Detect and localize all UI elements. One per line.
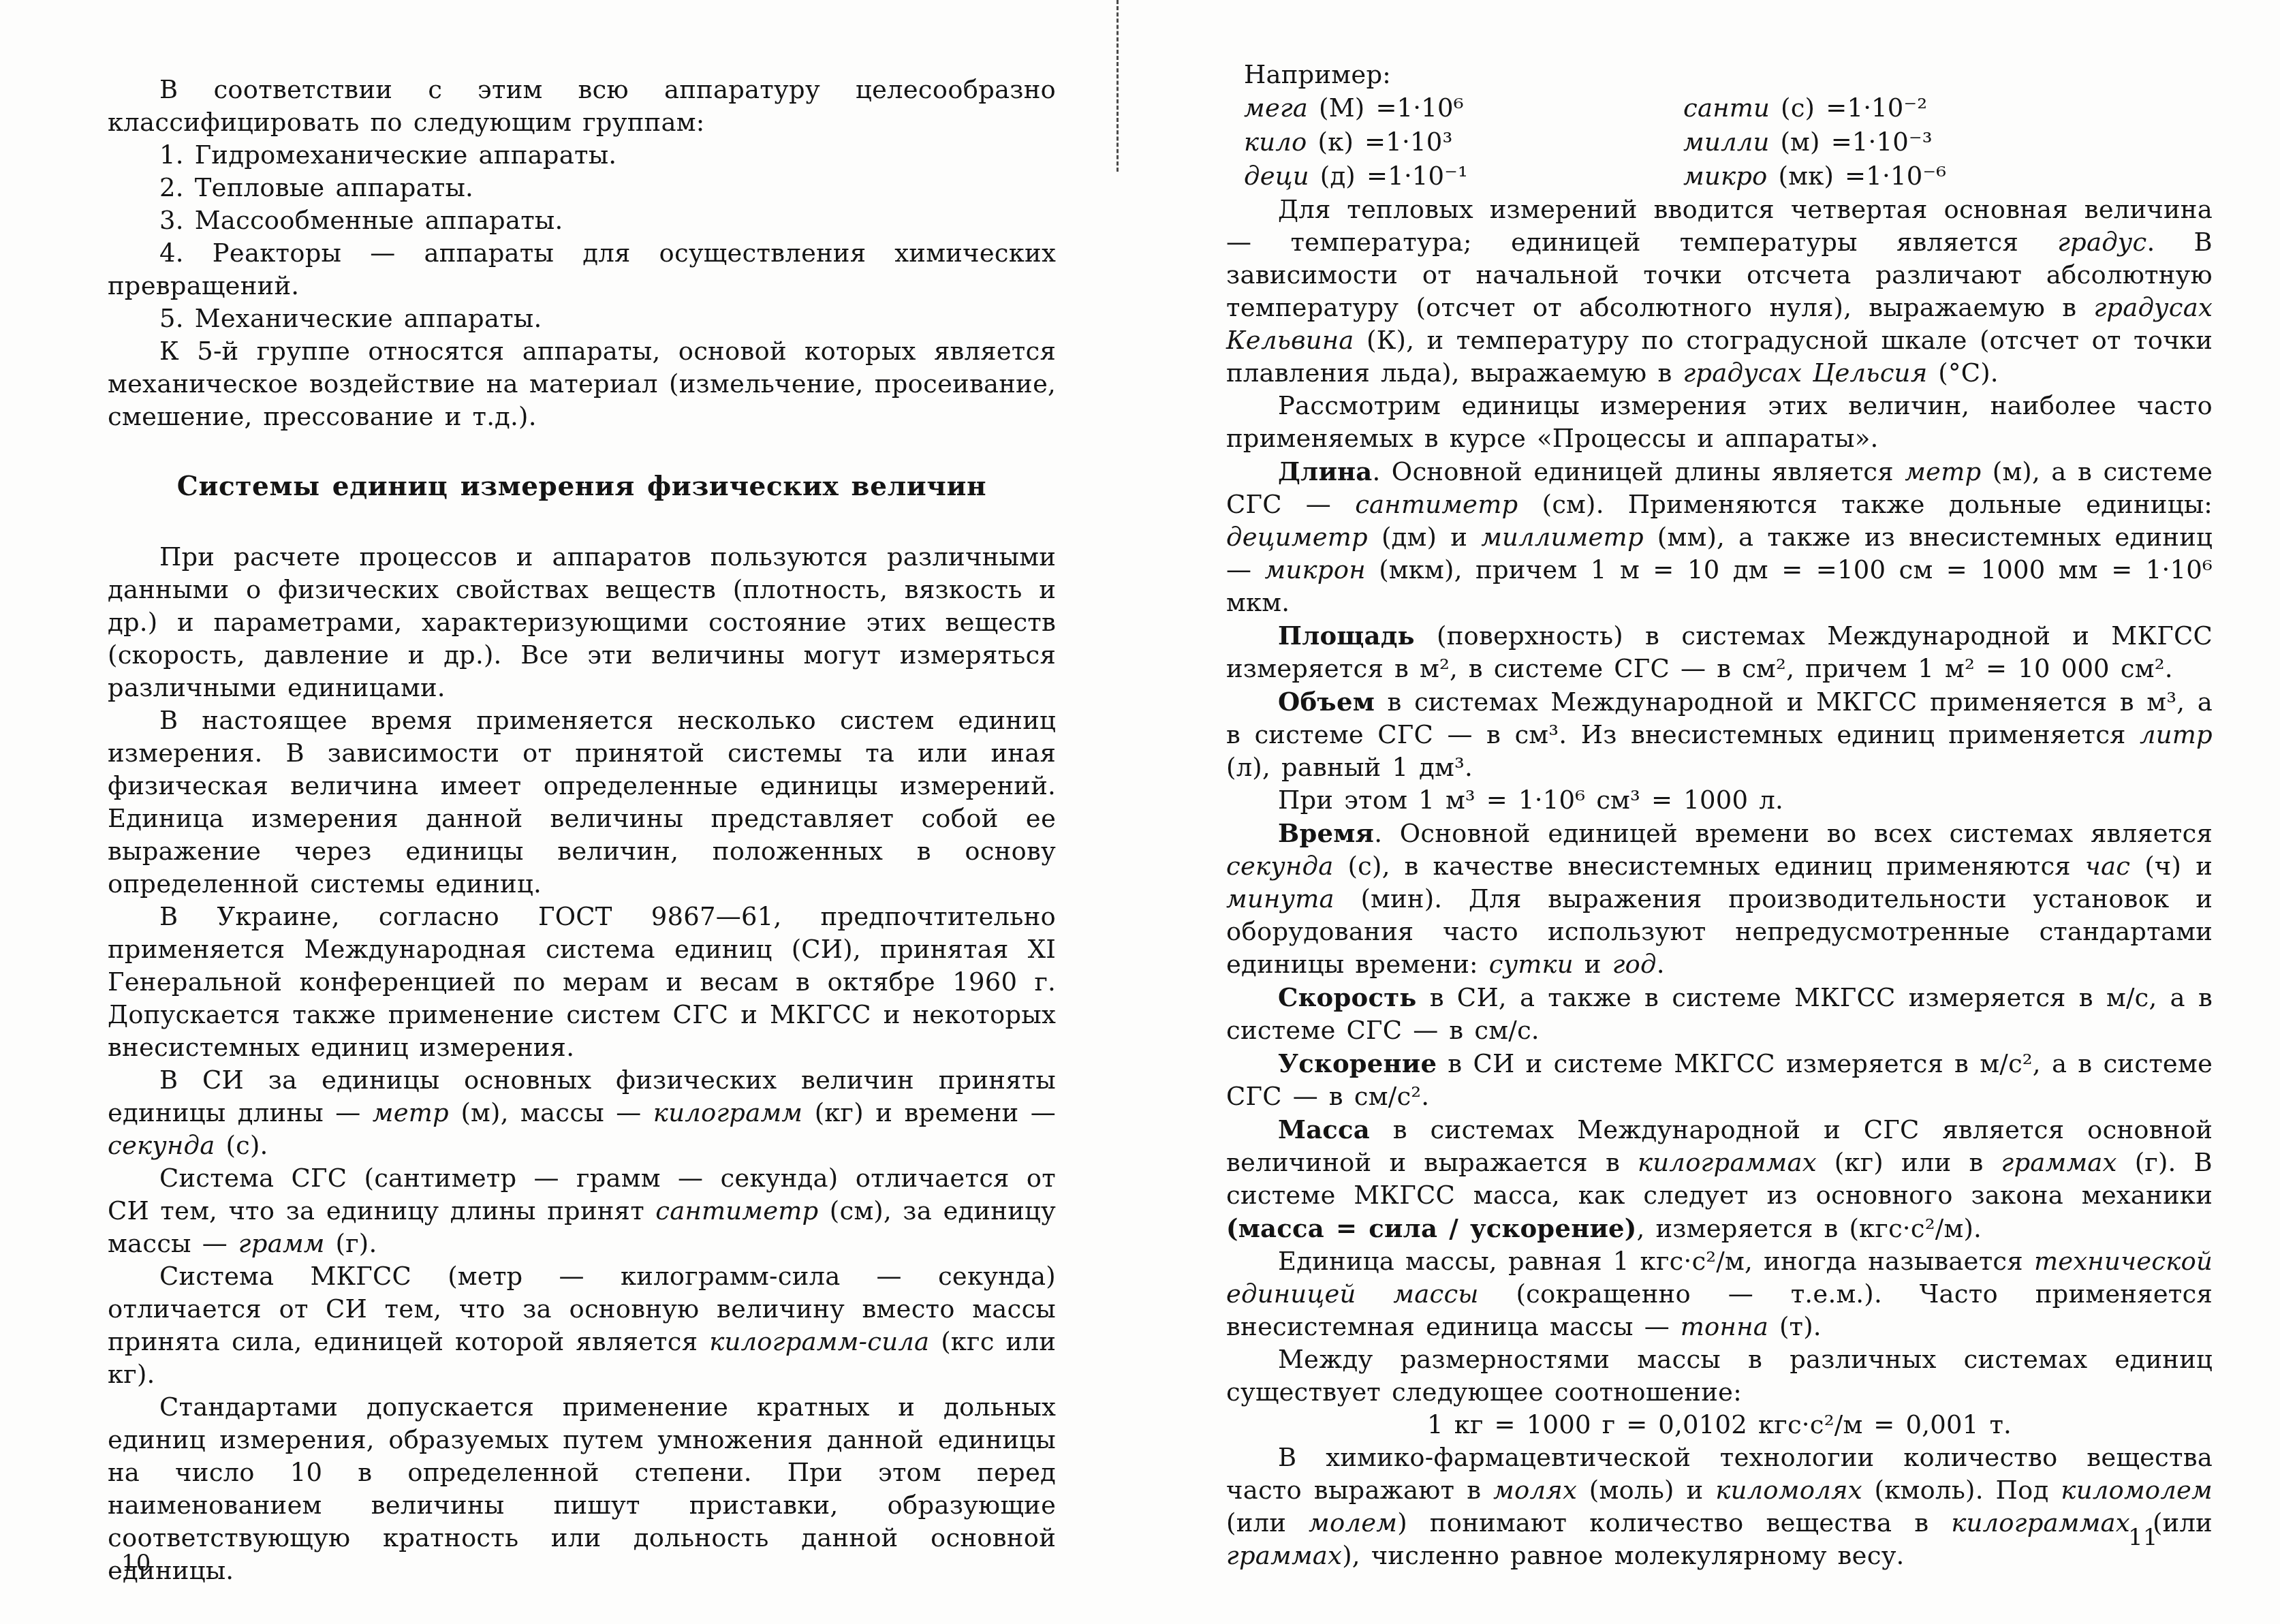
paragraph: В Украине, согласно ГОСТ 9867—61, предпо…	[108, 901, 1056, 1064]
mass-relation-formula: 1 кг = 1000 г = 0,0102 кгс·с²/м = 0,001 …	[1226, 1409, 2213, 1441]
prefix-value: микро (мк) =1·10⁻⁶	[1683, 159, 1946, 193]
paragraph: Площадь (поверхность) в системах Междуна…	[1226, 619, 2213, 685]
list-item: 2. Тепловые аппараты.	[108, 172, 1056, 204]
paragraph: Стандартами допускается применение кратн…	[108, 1391, 1056, 1587]
paragraph: Скорость в СИ, а также в системе МКГСС и…	[1226, 981, 2213, 1047]
page-left: В соответствии с этим всю аппаратуру цел…	[108, 74, 1056, 1587]
paragraph: Единица массы, равная 1 кгс·с²/м, иногда…	[1226, 1245, 2213, 1343]
paragraph: В соответствии с этим всю аппаратуру цел…	[108, 74, 1056, 139]
binding-fold-mark	[1116, 0, 1119, 172]
prefix-row: мега (М) =1·10⁶ санти (с) =1·10⁻²	[1244, 91, 2213, 125]
paragraph: Масса в системах Международной и СГС явл…	[1226, 1113, 2213, 1245]
paragraph: При этом 1 м³ = 1·10⁶ см³ = 1000 л.	[1226, 784, 2213, 817]
page-number-left: 10	[121, 1552, 151, 1575]
prefix-value: санти (с) =1·10⁻²	[1683, 91, 1927, 125]
paragraph: Время. Основной единицей времени во всех…	[1226, 817, 2213, 981]
prefix-value: мега (М) =1·10⁶	[1244, 91, 1683, 125]
paragraph: В СИ за единицы основных физических вели…	[108, 1064, 1056, 1162]
section-heading: Системы единиц измерения физических вели…	[108, 470, 1056, 503]
paragraph: Объем в системах Международной и МКГСС п…	[1226, 685, 2213, 784]
paragraph: К 5-й группе относятся аппараты, основой…	[108, 335, 1056, 433]
prefix-row: деци (д) =1·10⁻¹ микро (мк) =1·10⁻⁶	[1244, 159, 2213, 193]
paragraph: Система СГС (сантиметр — грамм — секунда…	[108, 1162, 1056, 1260]
prefix-value: деци (д) =1·10⁻¹	[1244, 159, 1683, 193]
list-item: 1. Гидромеханические аппараты.	[108, 139, 1056, 172]
prefix-table: мега (М) =1·10⁶ санти (с) =1·10⁻² кило (…	[1244, 91, 2213, 193]
paragraph: В химико-фармацевтической технологии кол…	[1226, 1441, 2213, 1572]
paragraph: Длина. Основной единицей длины является …	[1226, 455, 2213, 619]
page-right: Например: мега (М) =1·10⁶ санти (с) =1·1…	[1226, 59, 2213, 1572]
paragraph: Для тепловых измерений вводится четверта…	[1226, 193, 2213, 390]
paragraph: В настоящее время применяется несколько …	[108, 704, 1056, 901]
paragraph: Система МКГСС (метр — килограмм-сила — с…	[108, 1260, 1056, 1391]
page-number-right: 11	[2128, 1526, 2157, 1549]
prefix-value: милли (м) =1·10⁻³	[1683, 125, 1933, 159]
prefix-value: кило (к) =1·10³	[1244, 125, 1683, 159]
example-label: Например:	[1226, 59, 2213, 91]
list-item: 5. Механические аппараты.	[108, 302, 1056, 335]
list-item: 4. Реакторы — аппараты для осуществления…	[108, 237, 1056, 302]
prefix-row: кило (к) =1·10³ милли (м) =1·10⁻³	[1244, 125, 2213, 159]
paragraph: Между размерностями массы в различных си…	[1226, 1343, 2213, 1409]
paragraph: Рассмотрим единицы измерения этих величи…	[1226, 390, 2213, 455]
paragraph: При расчете процессов и аппаратов пользу…	[108, 541, 1056, 704]
list-item: 3. Массообменные аппараты.	[108, 204, 1056, 237]
paragraph: Ускорение в СИ и системе МКГСС измеряетс…	[1226, 1047, 2213, 1113]
